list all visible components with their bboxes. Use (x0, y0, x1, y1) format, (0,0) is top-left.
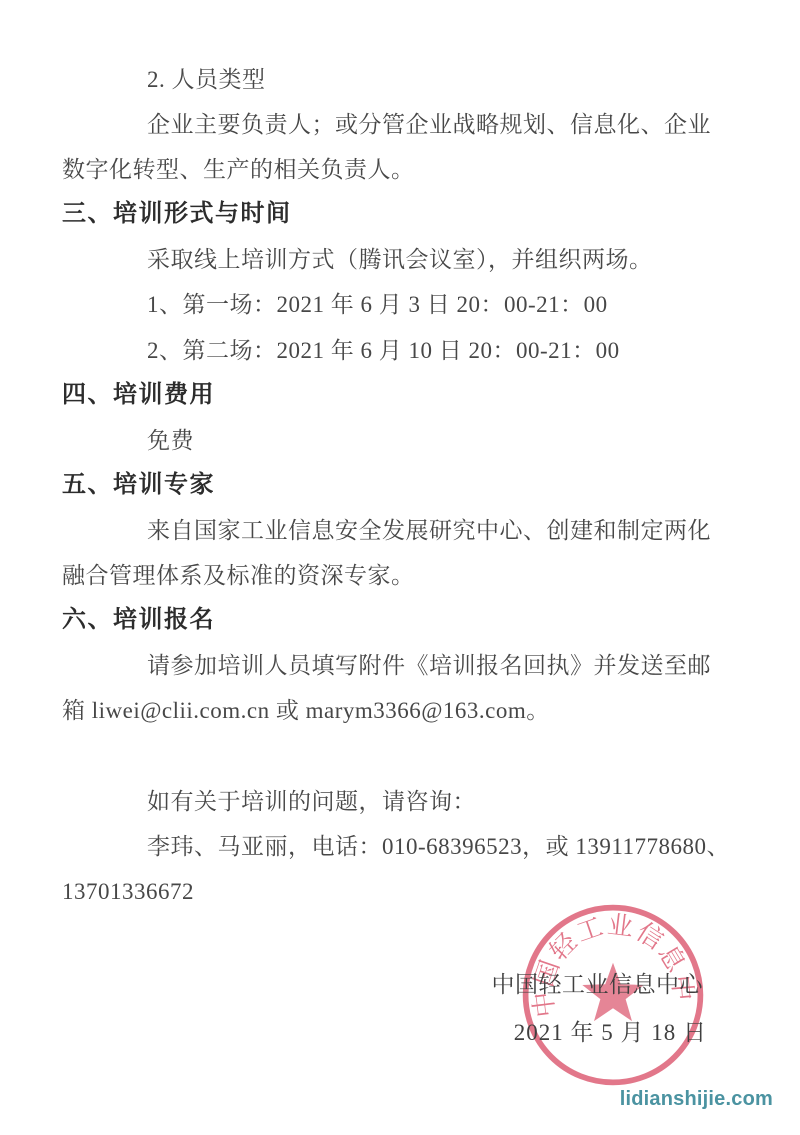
signature-date: 2021 年 5 月 18 日 (514, 1014, 707, 1047)
section-heading: 三、培训形式与时间 (62, 192, 742, 237)
section-heading: 五、培训专家 (62, 463, 742, 508)
paragraph-line: 融合管理体系及标准的资深专家。 (62, 553, 742, 598)
section-heading: 四、培训费用 (62, 373, 742, 418)
paragraph-line: 箱 liwei@clii.com.cn 或 marym3366@163.com。 (62, 688, 742, 733)
signature-org: 中国轻工业信息中心 (492, 966, 704, 999)
paragraph-line: 李玮、马亚丽，电话：010-68396523，或 13911778680、 (62, 824, 742, 869)
blank-line (62, 733, 742, 778)
paragraph-line: 2、第二场：2021 年 6 月 10 日 20：00-21：00 (62, 328, 742, 373)
paragraph-line: 2. 人员类型 (62, 57, 742, 102)
paragraph-line: 请参加培训人员填写附件《培训报名回执》并发送至邮 (62, 643, 742, 688)
section-heading: 六、培训报名 (62, 598, 742, 643)
paragraph-line: 来自国家工业信息安全发展研究中心、创建和制定两化 (62, 508, 742, 553)
paragraph-line: 企业主要负责人；或分管企业战略规划、信息化、企业 (62, 102, 742, 147)
paragraph-line: 免费 (62, 418, 742, 463)
paragraph-line: 如有关于培训的问题，请咨询： (62, 779, 742, 824)
paragraph-line: 1、第一场：2021 年 6 月 3 日 20：00-21：00 (62, 282, 742, 327)
document-body: 2. 人员类型 企业主要负责人；或分管企业战略规划、信息化、企业 数字化转型、生… (62, 57, 742, 914)
watermark-text: lidianshijie.com (620, 1088, 773, 1111)
paragraph-line: 采取线上培训方式（腾讯会议室），并组织两场。 (62, 237, 742, 282)
paragraph-line: 数字化转型、生产的相关负责人。 (62, 147, 742, 192)
